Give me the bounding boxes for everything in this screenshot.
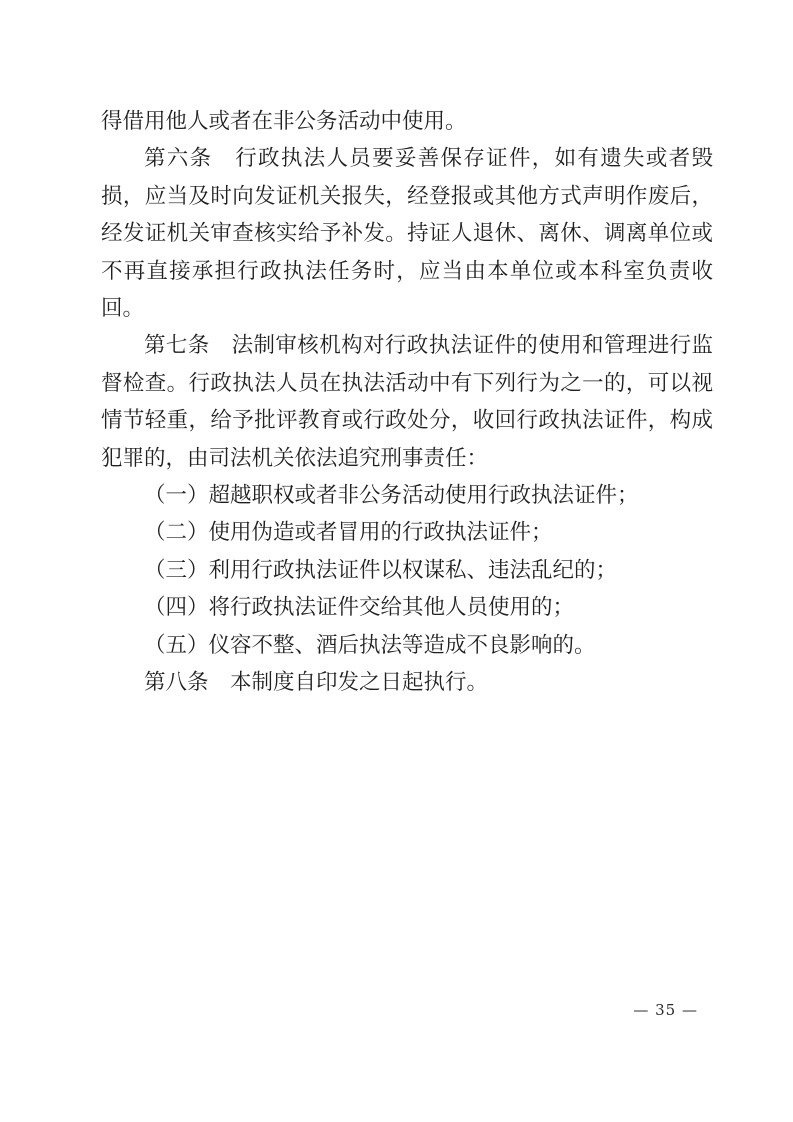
list-item-4: （四）将行政执法证件交给其他人员使用的； xyxy=(101,589,713,626)
list-item-1: （一）超越职权或者非公务活动使用行政执法证件； xyxy=(101,477,713,514)
list-item-5: （五）仪容不整、酒后执法等造成不良影响的。 xyxy=(101,627,713,664)
paragraph-article-6: 第六条 行政执法人员要妥善保存证件，如有遗失或者毁损，应当及时向发证机关报失，经… xyxy=(101,140,713,327)
paragraph-article-8: 第八条 本制度自印发之日起执行。 xyxy=(101,664,713,701)
document-page: 得借用他人或者在非公务活动中使用。 第六条 行政执法人员要妥善保存证件，如有遗失… xyxy=(0,0,793,1122)
page-number: — 35 — xyxy=(633,1001,698,1019)
paragraph-article-7: 第七条 法制审核机构对行政执法证件的使用和管理进行监督检查。行政执法人员在执法活… xyxy=(101,327,713,477)
paragraph-continuation: 得借用他人或者在非公务活动中使用。 xyxy=(101,103,713,140)
document-body: 得借用他人或者在非公务活动中使用。 第六条 行政执法人员要妥善保存证件，如有遗失… xyxy=(101,103,713,702)
list-item-2: （二）使用伪造或者冒用的行政执法证件； xyxy=(101,514,713,551)
page-footer: — 35 — xyxy=(633,1000,698,1020)
list-item-3: （三）利用行政执法证件以权谋私、违法乱纪的； xyxy=(101,552,713,589)
